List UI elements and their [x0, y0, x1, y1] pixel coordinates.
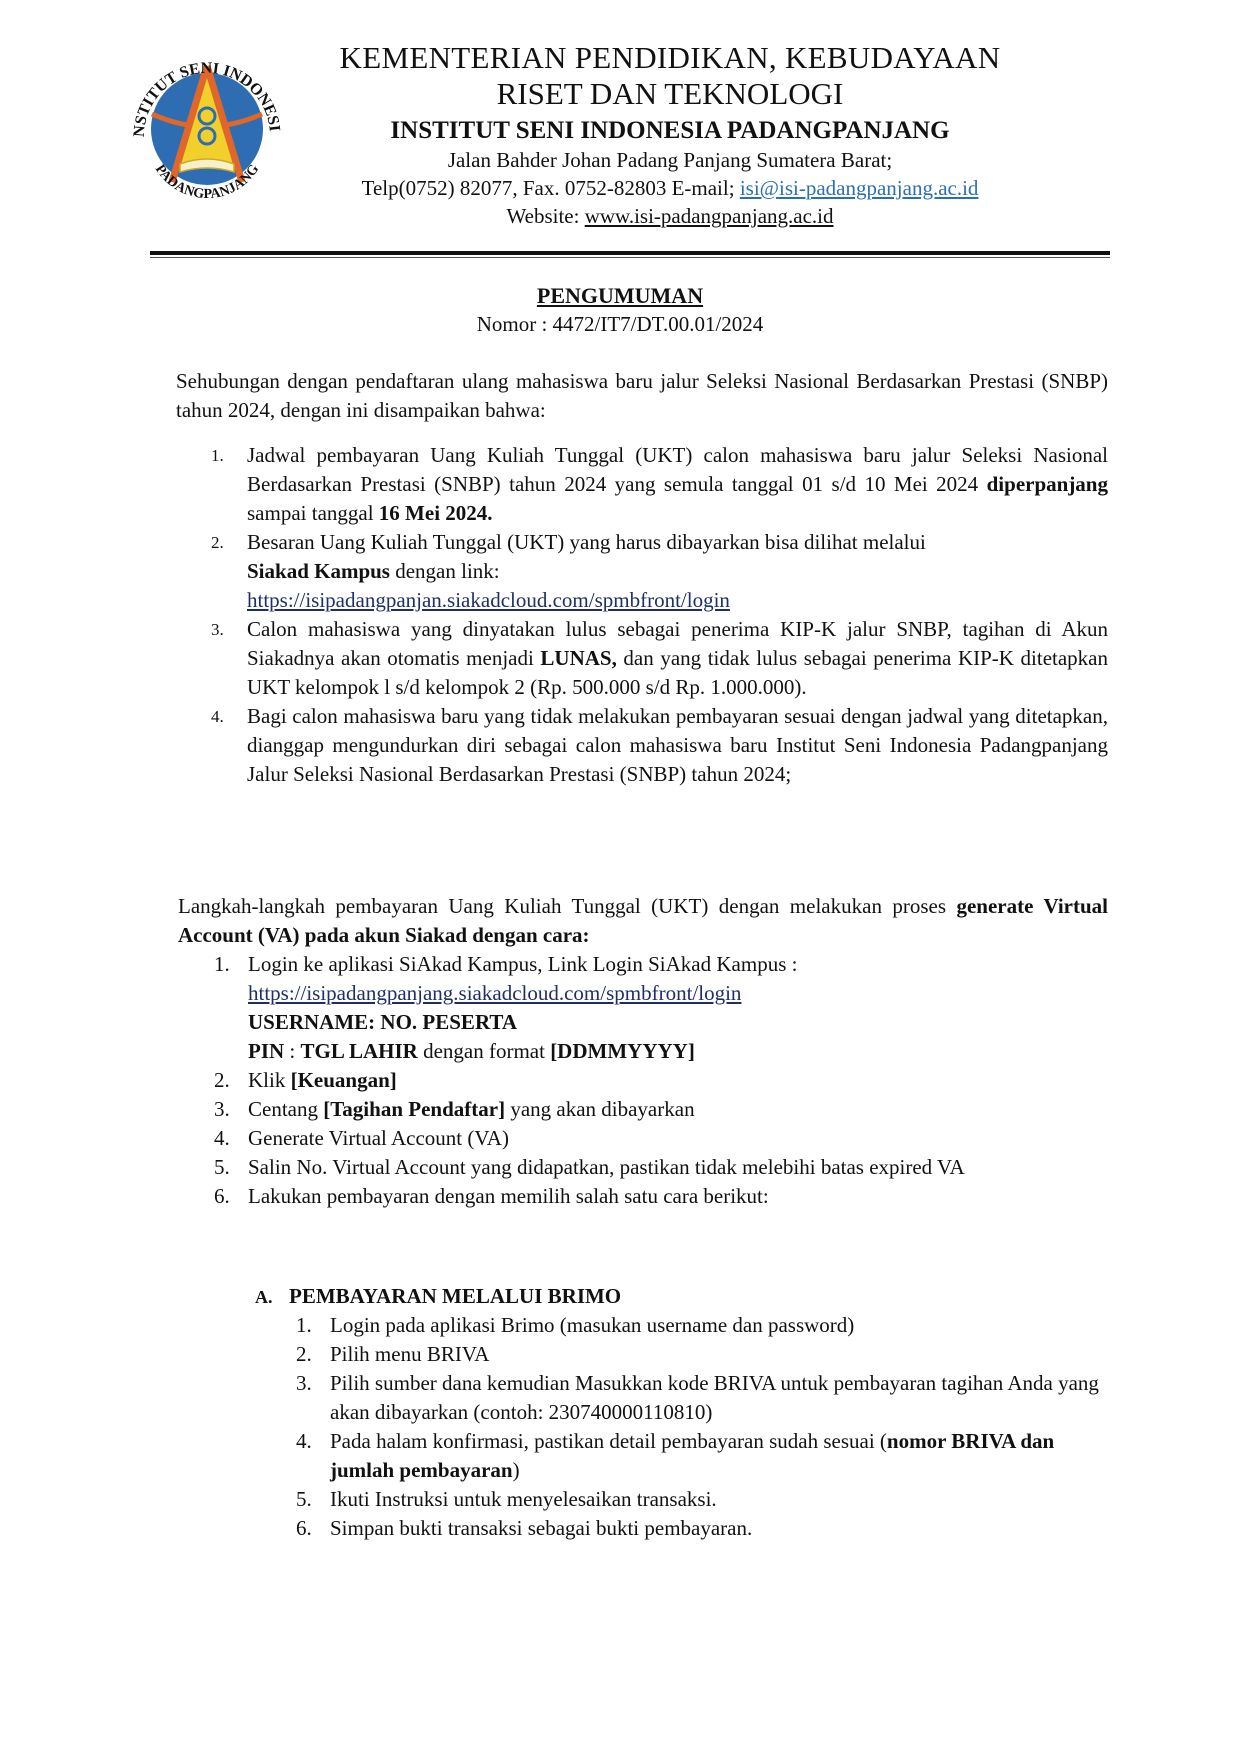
ministry-line-2: RISET DAN TEKNOLOGI: [270, 76, 1070, 112]
section-a-heading: A.PEMBAYARAN MELALUI BRIMO: [255, 1282, 621, 1312]
brimo-step-item: 1.Login pada aplikasi Brimo (masukan use…: [330, 1311, 1120, 1340]
point-item: 3. Calon mahasiswa yang dinyatakan lulus…: [247, 615, 1108, 702]
brimo-steps: 1.Login pada aplikasi Brimo (masukan use…: [330, 1311, 1120, 1543]
brimo-step-item: 3.Pilih sumber dana kemudian Masukkan ko…: [330, 1369, 1120, 1427]
contact-line: Telp(0752) 82077, Fax. 0752-82803 E-mail…: [270, 174, 1070, 202]
step-item: 6. Lakukan pembayaran dengan memilih sal…: [248, 1182, 1118, 1211]
siakad-login-link[interactable]: https://isipadangpanjang.siakadcloud.com…: [248, 981, 741, 1005]
step-item: 5. Salin No. Virtual Account yang didapa…: [248, 1153, 1118, 1182]
brimo-step-item: 2.Pilih menu BRIVA: [330, 1340, 1120, 1369]
step-item: 3. Centang [Tagihan Pendaftar] yang akan…: [248, 1095, 1118, 1124]
step-item: 1. Login ke aplikasi SiAkad Kampus, Link…: [248, 950, 1118, 1066]
email-link[interactable]: isi@isi-padangpanjang.ac.id: [740, 176, 979, 200]
payment-steps: 1. Login ke aplikasi SiAkad Kampus, Link…: [248, 950, 1118, 1211]
website-link[interactable]: www.isi-padangpanjang.ac.id: [585, 204, 834, 228]
steps-intro: Langkah-langkah pembayaran Uang Kuliah T…: [178, 892, 1108, 950]
letterhead-divider-thin: [150, 257, 1110, 258]
brimo-step-item: 5.Ikuti Instruksi untuk menyelesaikan tr…: [330, 1485, 1120, 1514]
brimo-step-item: 4.Pada halam konfirmasi, pastikan detail…: [330, 1427, 1120, 1485]
letterhead: KEMENTERIAN PENDIDIKAN, KEBUDAYAAN RISET…: [270, 40, 1070, 230]
point-item: 2. Besaran Uang Kuliah Tunggal (UKT) yan…: [247, 528, 1108, 615]
address: Jalan Bahder Johan Padang Panjang Sumate…: [270, 146, 1070, 174]
announcement-points: 1. Jadwal pembayaran Uang Kuliah Tunggal…: [247, 441, 1108, 789]
ministry-line-1: KEMENTERIAN PENDIDIKAN, KEBUDAYAAN: [270, 40, 1070, 76]
point-item: 1. Jadwal pembayaran Uang Kuliah Tunggal…: [247, 441, 1108, 528]
point-item: 4. Bagi calon mahasiswa baru yang tidak …: [247, 702, 1108, 789]
intro-paragraph: Sehubungan dengan pendaftaran ulang maha…: [176, 367, 1108, 425]
website-line: Website: www.isi-padangpanjang.ac.id: [270, 202, 1070, 230]
step-item: 4. Generate Virtual Account (VA): [248, 1124, 1118, 1153]
institute-logo: INSTITUT SENI INDONESIA PADANGPANJANG: [122, 44, 292, 214]
document-page: INSTITUT SENI INDONESIA PADANGPANJANG KE…: [0, 0, 1240, 1755]
step-item: 2. Klik [Keuangan]: [248, 1066, 1118, 1095]
institute-name: INSTITUT SENI INDONESIA PADANGPANJANG: [270, 116, 1070, 146]
announcement-title: PENGUMUMAN: [0, 282, 1240, 310]
announcement-number: Nomor : 4472/IT7/DT.00.01/2024: [0, 310, 1240, 338]
brimo-step-item: 6.Simpan bukti transaksi sebagai bukti p…: [330, 1514, 1120, 1543]
letterhead-divider: [150, 251, 1110, 255]
siakad-link[interactable]: https://isipadangpanjan.siakadcloud.com/…: [247, 588, 730, 612]
